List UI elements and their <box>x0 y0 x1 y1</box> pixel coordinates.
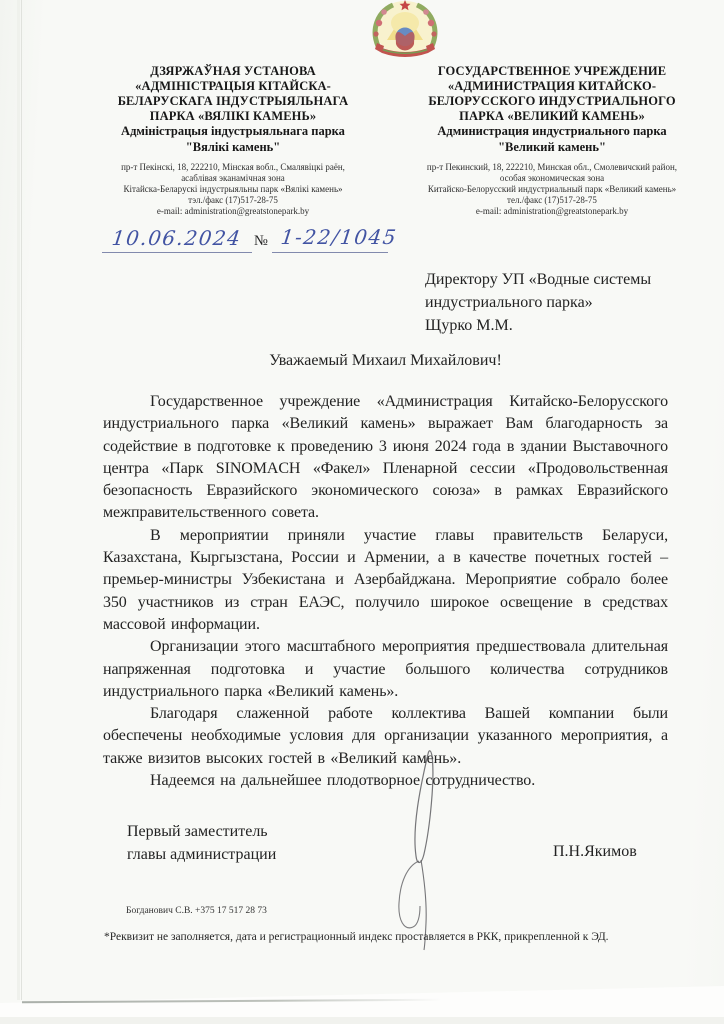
org-name-line: БЕЛАРУСКАГА ІНДУСТРЫЯЛЬНАГА <box>88 94 378 109</box>
letterhead-left: ДЗЯРЖАЎНАЯ УСТАНОВА «АДМІНІСТРАЦЫЯ КІТАЙ… <box>88 64 378 217</box>
recipient-line: индустриального парка» <box>425 291 675 314</box>
address-line: особая экономическая зона <box>400 173 704 184</box>
number-sign: № <box>254 233 268 250</box>
org-subname-line: "Великий камень" <box>400 140 704 156</box>
org-name-line: БЕЛОРУССКОГО ИНДУСТРИАЛЬНОГО <box>400 94 704 109</box>
org-name-line: ДЗЯРЖАЎНАЯ УСТАНОВА <box>88 64 378 79</box>
scan-fold-line <box>21 0 22 1000</box>
signatory-title-line: Первый заместитель <box>127 820 276 843</box>
requisite-footnote: *Реквизит не заполняется, дата и регистр… <box>104 931 704 943</box>
recipient-block: Директору УП «Водные системы индустриаль… <box>425 268 675 337</box>
handwritten-date: 10.06.2024 <box>111 226 243 250</box>
org-name-line: «АДМИНИСТРАЦИЯ КИТАЙСКО- <box>400 79 704 94</box>
coat-of-arms-icon <box>364 0 446 57</box>
scanner-background <box>0 1017 724 1024</box>
scan-fold-band <box>17 0 20 1000</box>
address-line: тел./факс (17)517-28-75 <box>400 195 704 206</box>
body-paragraph: Организации этого масштабного мероприяти… <box>103 636 668 703</box>
org-subname-line: Администрация индустриального парка <box>400 124 704 140</box>
signatory-name: П.Н.Якимов <box>553 843 637 861</box>
date-underline <box>102 252 252 253</box>
address-line: Китайско-Белорусский индустриальный парк… <box>400 184 704 195</box>
email-line: e-mail: administration@greatstonepark.by <box>400 206 704 217</box>
address-line: пр-т Пекінскі, 18, 222210, Мінская вобл.… <box>88 162 378 173</box>
address-line: асаблівая эканамічная зона <box>88 173 378 184</box>
signatory-title-line: главы администрации <box>127 843 276 866</box>
email-line: e-mail: administration@greatstonepark.by <box>88 206 378 217</box>
body-paragraph: Государственное учреждение «Администраци… <box>103 391 668 525</box>
recipient-line: Директору УП «Водные системы <box>425 268 675 291</box>
body-paragraph: В мероприятии приняли участие главы прав… <box>103 525 668 636</box>
org-name-line: ГОСУДАРСТВЕННОЕ УЧРЕЖДЕНИЕ <box>400 64 704 79</box>
org-subname-line: "Вялікі камень" <box>88 140 378 156</box>
letterhead-right: ГОСУДАРСТВЕННОЕ УЧРЕЖДЕНИЕ «АДМИНИСТРАЦИ… <box>400 64 704 217</box>
executor-contact: Богданович С.В. +375 17 517 28 73 <box>126 906 267 916</box>
org-name-line: «АДМІНІСТРАЦЫЯ КІТАЙСКА- <box>88 79 378 94</box>
org-name-line: ПАРКА «ВЯЛІКІ КАМЕНЬ» <box>88 109 378 124</box>
address-block: пр-т Пекинский, 18, 222210, Минская обл.… <box>400 162 704 217</box>
signature-mark <box>380 748 460 953</box>
letter-body: Государственное учреждение «Администраци… <box>103 391 668 792</box>
org-subname-line: Адміністрацыя індустрыяльнага парка <box>88 124 378 140</box>
number-underline <box>272 252 388 253</box>
recipient-line: Щурко М.М. <box>425 314 675 337</box>
scanned-letter-page: ДЗЯРЖАЎНАЯ УСТАНОВА «АДМІНІСТРАЦЫЯ КІТАЙ… <box>0 0 724 1024</box>
signatory-title: Первый заместитель главы администрации <box>127 820 276 866</box>
handwritten-number: 1-22/1045 <box>280 225 399 249</box>
org-name-line: ПАРКА «ВЕЛИКИЙ КАМЕНЬ» <box>400 109 704 124</box>
address-line: Кітайска-Беларускі індустрыяльны парк «В… <box>88 184 378 195</box>
address-block: пр-т Пекінскі, 18, 222210, Мінская вобл.… <box>88 162 378 217</box>
address-line: тэл./факс (17)517-28-75 <box>88 195 378 206</box>
address-line: пр-т Пекинский, 18, 222210, Минская обл.… <box>400 162 704 173</box>
salutation: Уважаемый Михаил Михайлович! <box>103 352 668 370</box>
